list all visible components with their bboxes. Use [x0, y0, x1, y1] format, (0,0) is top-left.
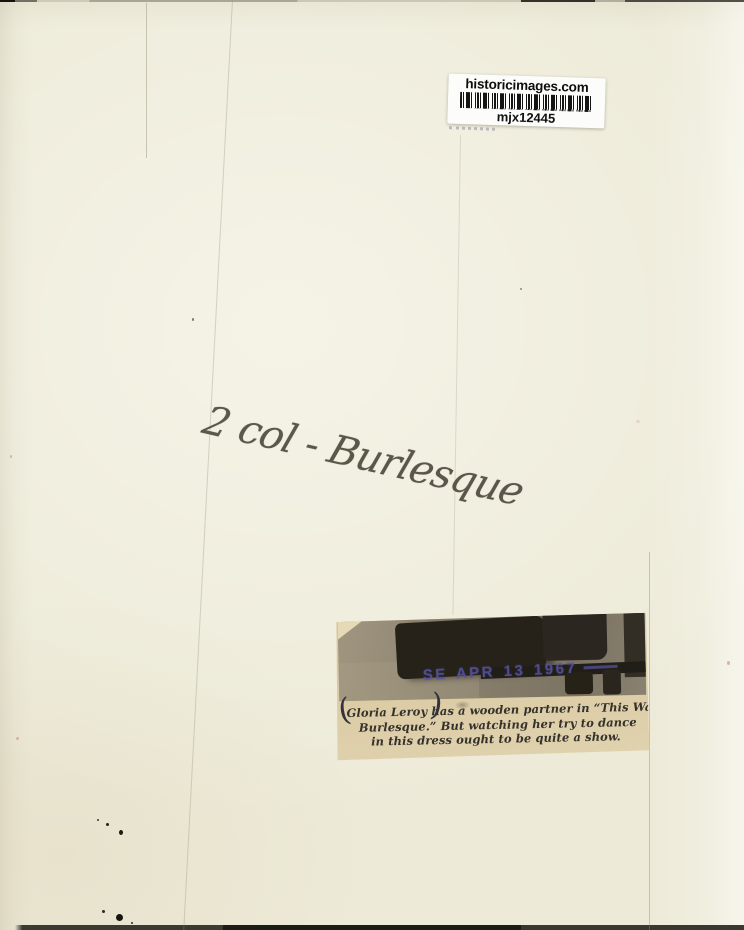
photo-dark-shape [543, 614, 608, 661]
torn-corner [338, 618, 367, 641]
ink-speck [116, 914, 123, 921]
pink-stain [16, 737, 19, 740]
paper-crease [452, 135, 461, 615]
scan-edge-top [0, 0, 744, 2]
date-stamp-line [583, 665, 617, 670]
ink-speck [119, 830, 123, 835]
photo-back-scan: historicimages.com mjx12445 2 col - Burl… [0, 0, 744, 930]
clipping-photo-fragment: SE APR 13 1967 [338, 613, 647, 701]
pink-stain [10, 455, 12, 458]
faint-stamp-residue [449, 126, 495, 131]
ink-speck [106, 823, 109, 826]
pink-stain [727, 661, 730, 665]
ink-speck [97, 819, 99, 821]
scan-edge-bottom [0, 925, 744, 930]
ink-speck [102, 910, 105, 913]
ink-speck [192, 318, 194, 321]
clipping-caption: Gloria Leroy has a wooden partner in “Th… [336, 695, 649, 761]
ink-smudge [454, 700, 470, 709]
paper-crease [146, 3, 147, 158]
paper-crease [649, 552, 650, 930]
barcode-sticker: historicimages.com mjx12445 [447, 74, 605, 129]
ink-speck [520, 288, 522, 290]
handwritten-note: 2 col - Burlesque [197, 398, 529, 515]
paper-crease [183, 0, 233, 930]
news-clipping: SE APR 13 1967 Gloria Leroy has a wooden… [335, 613, 650, 761]
pink-stain [636, 420, 640, 423]
ink-speck [131, 922, 133, 924]
